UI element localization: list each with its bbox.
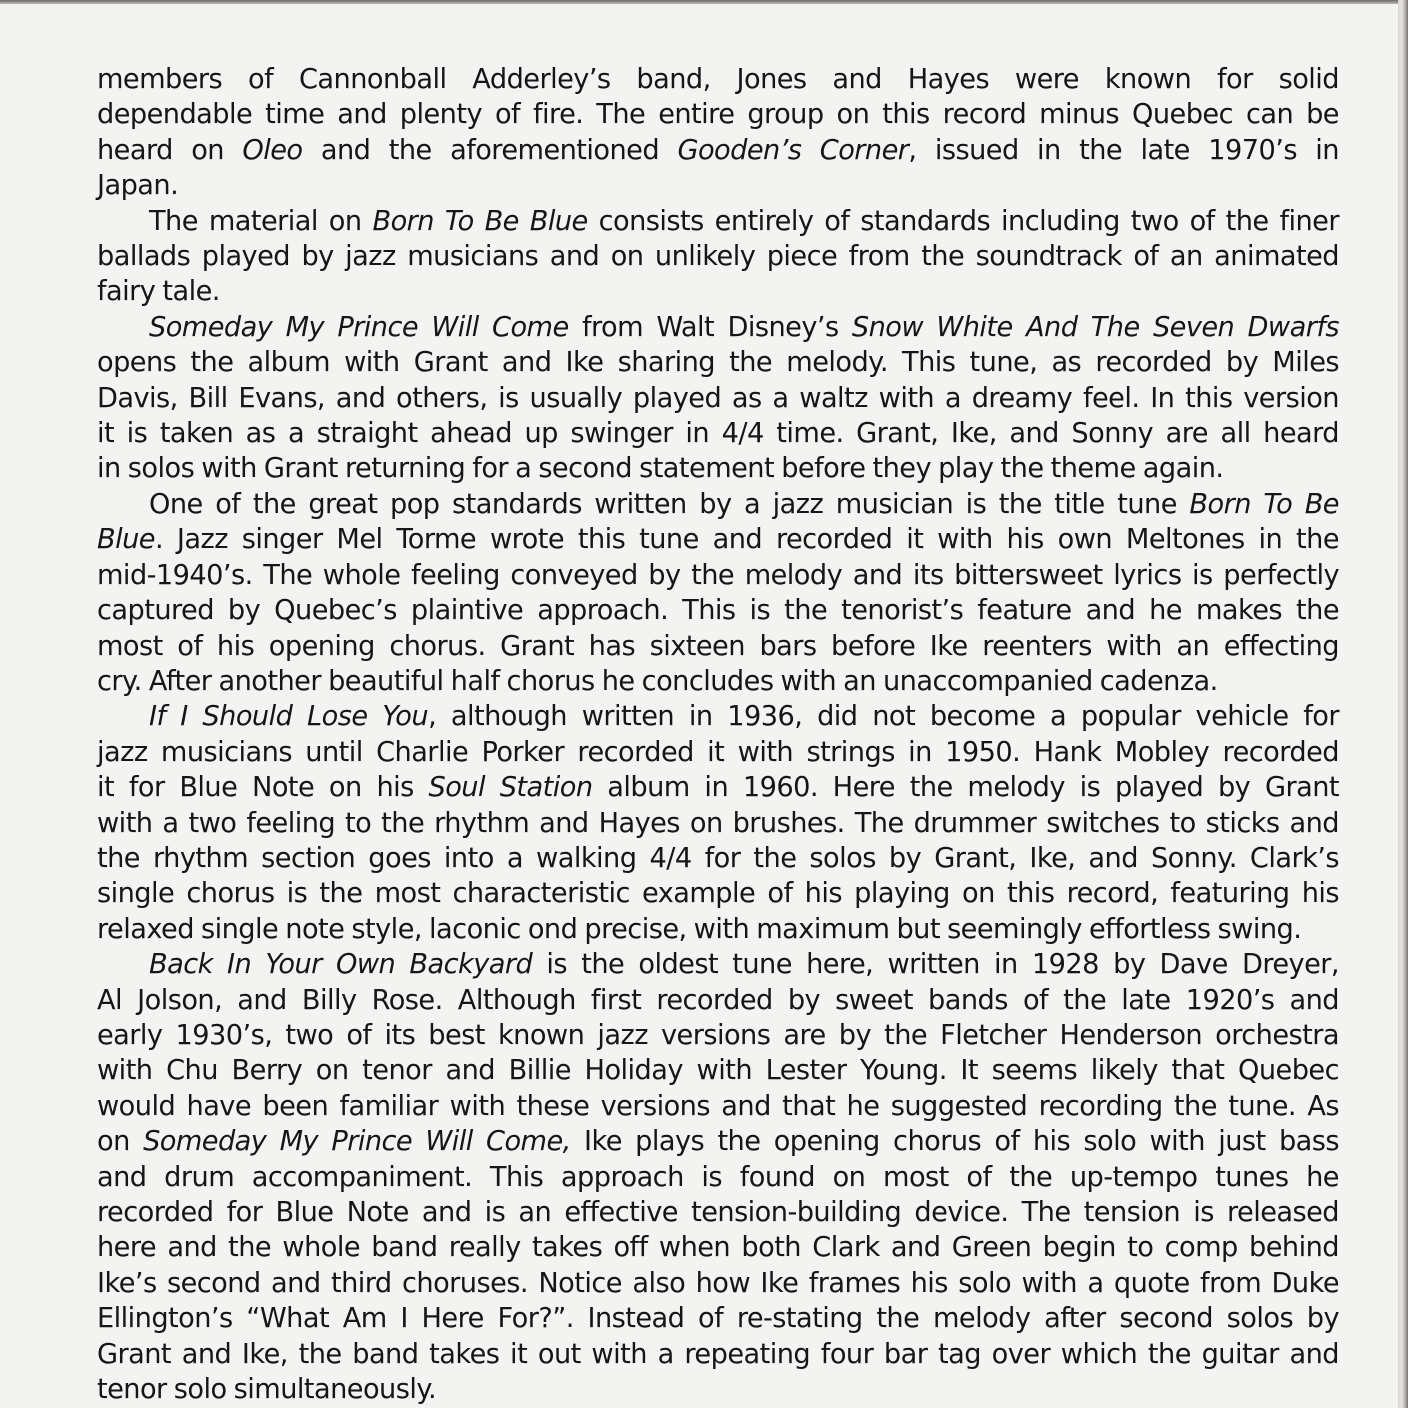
paragraph-born-to-be-blue: One of the great pop standards written b… bbox=[97, 487, 1339, 699]
text-line: jazz musicians until Charlie Porker reco… bbox=[97, 735, 1339, 770]
text-run: Ike’s second and third choruses. Notice … bbox=[97, 1268, 1339, 1299]
italic-title: Snow White And The Seven Dwarfs bbox=[852, 312, 1339, 343]
text-line: single chorus is the most characteristic… bbox=[97, 876, 1339, 911]
text-run: consists entirely of standards including… bbox=[588, 206, 1339, 237]
text-line: mid-1940’s. The whole feeling conveyed b… bbox=[97, 558, 1339, 593]
text-line: tenor solo simultaneously. bbox=[97, 1372, 1339, 1407]
text-run: here and the whole band really takes off… bbox=[97, 1232, 1339, 1263]
text-run: heard on bbox=[97, 135, 242, 166]
text-run: , although written in 1936, did not beco… bbox=[428, 701, 1339, 732]
text-run: members of Cannonball Adderley’s band, J… bbox=[97, 64, 1339, 95]
italic-title: Oleo bbox=[242, 135, 302, 166]
text-run: , issued in the late 1970’s in bbox=[908, 135, 1339, 166]
text-line: members of Cannonball Adderley’s band, J… bbox=[97, 62, 1339, 97]
text-run: Davis, Bill Evans, and others, is usuall… bbox=[97, 383, 1339, 414]
text-run: is the oldest tune here, written in 1928… bbox=[532, 949, 1339, 980]
text-run: and drum accompaniment. This approach is… bbox=[97, 1162, 1339, 1193]
text-run: album in 1960. Here the melody is played… bbox=[593, 772, 1339, 803]
text-run: and the aforementioned bbox=[302, 135, 677, 166]
italic-title: Blue bbox=[97, 524, 155, 555]
text-run: Ike plays the opening chorus of his solo… bbox=[571, 1126, 1339, 1157]
text-run: dependable time and plenty of fire. The … bbox=[97, 99, 1339, 130]
text-run: One of the great pop standards written b… bbox=[149, 489, 1189, 520]
italic-title: Soul Station bbox=[428, 772, 592, 803]
text-line: with Chu Berry on tenor and Billie Holid… bbox=[97, 1053, 1339, 1088]
text-line: cry. After another beautiful half chorus… bbox=[97, 664, 1339, 699]
text-line: Davis, Bill Evans, and others, is usuall… bbox=[97, 381, 1339, 416]
text-run: The material on bbox=[149, 206, 372, 237]
page-top-edge-shadow bbox=[0, 0, 1408, 4]
text-line: One of the great pop standards written b… bbox=[97, 487, 1339, 522]
text-line: fairy tale. bbox=[97, 274, 1339, 309]
italic-title: Gooden’s Corner bbox=[677, 135, 908, 166]
text-run: Ellington’s “What Am I Here For?”. Inste… bbox=[97, 1303, 1339, 1334]
text-line: early 1930’s, two of its best known jazz… bbox=[97, 1018, 1339, 1053]
text-run: relaxed single note style, laconic ond p… bbox=[97, 914, 1301, 945]
text-run: opens the album with Grant and Ike shari… bbox=[97, 347, 1339, 378]
text-line: it is taken as a straight ahead up swing… bbox=[97, 416, 1339, 451]
text-line: Japan. bbox=[97, 168, 1339, 203]
text-run: it for Blue Note on his bbox=[97, 772, 428, 803]
text-line: here and the whole band really takes off… bbox=[97, 1230, 1339, 1265]
text-line: If I Should Lose You, although written i… bbox=[97, 699, 1339, 734]
text-run: ballads played by jazz musicians and on … bbox=[97, 241, 1339, 272]
text-run: Japan. bbox=[97, 170, 178, 201]
text-line: opens the album with Grant and Ike shari… bbox=[97, 345, 1339, 380]
text-line: would have been familiar with these vers… bbox=[97, 1089, 1339, 1124]
text-line: heard on Oleo and the aforementioned Goo… bbox=[97, 133, 1339, 168]
text-line: and drum accompaniment. This approach is… bbox=[97, 1160, 1339, 1195]
text-line: Al Jolson, and Billy Rose. Although firs… bbox=[97, 983, 1339, 1018]
text-line: Someday My Prince Will Come from Walt Di… bbox=[97, 310, 1339, 345]
text-line: the rhythm section goes into a walking 4… bbox=[97, 841, 1339, 876]
text-run: the rhythm section goes into a walking 4… bbox=[97, 843, 1339, 874]
text-run: tenor solo simultaneously. bbox=[97, 1374, 436, 1405]
text-line: relaxed single note style, laconic ond p… bbox=[97, 912, 1339, 947]
text-line: Ellington’s “What Am I Here For?”. Inste… bbox=[97, 1301, 1339, 1336]
page-right-edge-shadow bbox=[1398, 0, 1408, 1408]
text-run: it is taken as a straight ahead up swing… bbox=[97, 418, 1339, 449]
text-line: Ike’s second and third choruses. Notice … bbox=[97, 1266, 1339, 1301]
text-line: recorded for Blue Note and is an effecti… bbox=[97, 1195, 1339, 1230]
text-line: Blue. Jazz singer Mel Torme wrote this t… bbox=[97, 522, 1339, 557]
text-run: jazz musicians until Charlie Porker reco… bbox=[97, 737, 1339, 768]
text-line: The material on Born To Be Blue consists… bbox=[97, 204, 1339, 239]
text-run: would have been familiar with these vers… bbox=[97, 1091, 1339, 1122]
text-run: most of his opening chorus. Grant has si… bbox=[97, 631, 1339, 662]
text-run: . Jazz singer Mel Torme wrote this tune … bbox=[155, 524, 1339, 555]
text-line: it for Blue Note on his Soul Station alb… bbox=[97, 770, 1339, 805]
italic-title: Born To Be bbox=[1189, 489, 1339, 520]
text-run: single chorus is the most characteristic… bbox=[97, 878, 1339, 909]
text-run: in solos with Grant returning for a seco… bbox=[97, 453, 1223, 484]
text-run: Grant and Ike, the band takes it out wit… bbox=[97, 1339, 1339, 1370]
paragraph-intro-continued: members of Cannonball Adderley’s band, J… bbox=[97, 62, 1339, 204]
paragraph-someday-my-prince-will-come: Someday My Prince Will Come from Walt Di… bbox=[97, 310, 1339, 487]
italic-title: Someday My Prince Will Come bbox=[149, 312, 569, 343]
paragraph-back-in-your-own-backyard: Back In Your Own Backyard is the oldest … bbox=[97, 947, 1339, 1407]
text-run: from Walt Disney’s bbox=[569, 312, 852, 343]
text-run: on bbox=[97, 1126, 143, 1157]
text-line: in solos with Grant returning for a seco… bbox=[97, 451, 1339, 486]
text-run: cry. After another beautiful half chorus… bbox=[97, 666, 1218, 697]
italic-title: Someday My Prince Will Come, bbox=[143, 1126, 571, 1157]
italic-title: If I Should Lose You bbox=[149, 701, 428, 732]
text-line: ballads played by jazz musicians and on … bbox=[97, 239, 1339, 274]
text-run: Al Jolson, and Billy Rose. Although firs… bbox=[97, 985, 1339, 1016]
text-line: with a two feeling to the rhythm and Hay… bbox=[97, 806, 1339, 841]
paragraph-if-i-should-lose-you: If I Should Lose You, although written i… bbox=[97, 699, 1339, 947]
text-run: fairy tale. bbox=[97, 276, 220, 307]
paragraph-material: The material on Born To Be Blue consists… bbox=[97, 204, 1339, 310]
text-run: with Chu Berry on tenor and Billie Holid… bbox=[97, 1055, 1339, 1086]
liner-notes-page: members of Cannonball Adderley’s band, J… bbox=[0, 4, 1398, 1408]
text-run: recorded for Blue Note and is an effecti… bbox=[97, 1197, 1339, 1228]
italic-title: Back In Your Own Backyard bbox=[149, 949, 532, 980]
text-line: dependable time and plenty of fire. The … bbox=[97, 97, 1339, 132]
liner-notes-body: members of Cannonball Adderley’s band, J… bbox=[97, 62, 1339, 1407]
text-run: with a two feeling to the rhythm and Hay… bbox=[97, 808, 1339, 839]
text-line: captured by Quebec’s plaintive approach.… bbox=[97, 593, 1339, 628]
text-line: Back In Your Own Backyard is the oldest … bbox=[97, 947, 1339, 982]
text-run: mid-1940’s. The whole feeling conveyed b… bbox=[97, 560, 1339, 591]
text-line: most of his opening chorus. Grant has si… bbox=[97, 629, 1339, 664]
text-run: early 1930’s, two of its best known jazz… bbox=[97, 1020, 1339, 1051]
italic-title: Born To Be Blue bbox=[372, 206, 587, 237]
text-run: captured by Quebec’s plaintive approach.… bbox=[97, 595, 1339, 626]
text-line: Grant and Ike, the band takes it out wit… bbox=[97, 1337, 1339, 1372]
text-line: on Someday My Prince Will Come, Ike play… bbox=[97, 1124, 1339, 1159]
